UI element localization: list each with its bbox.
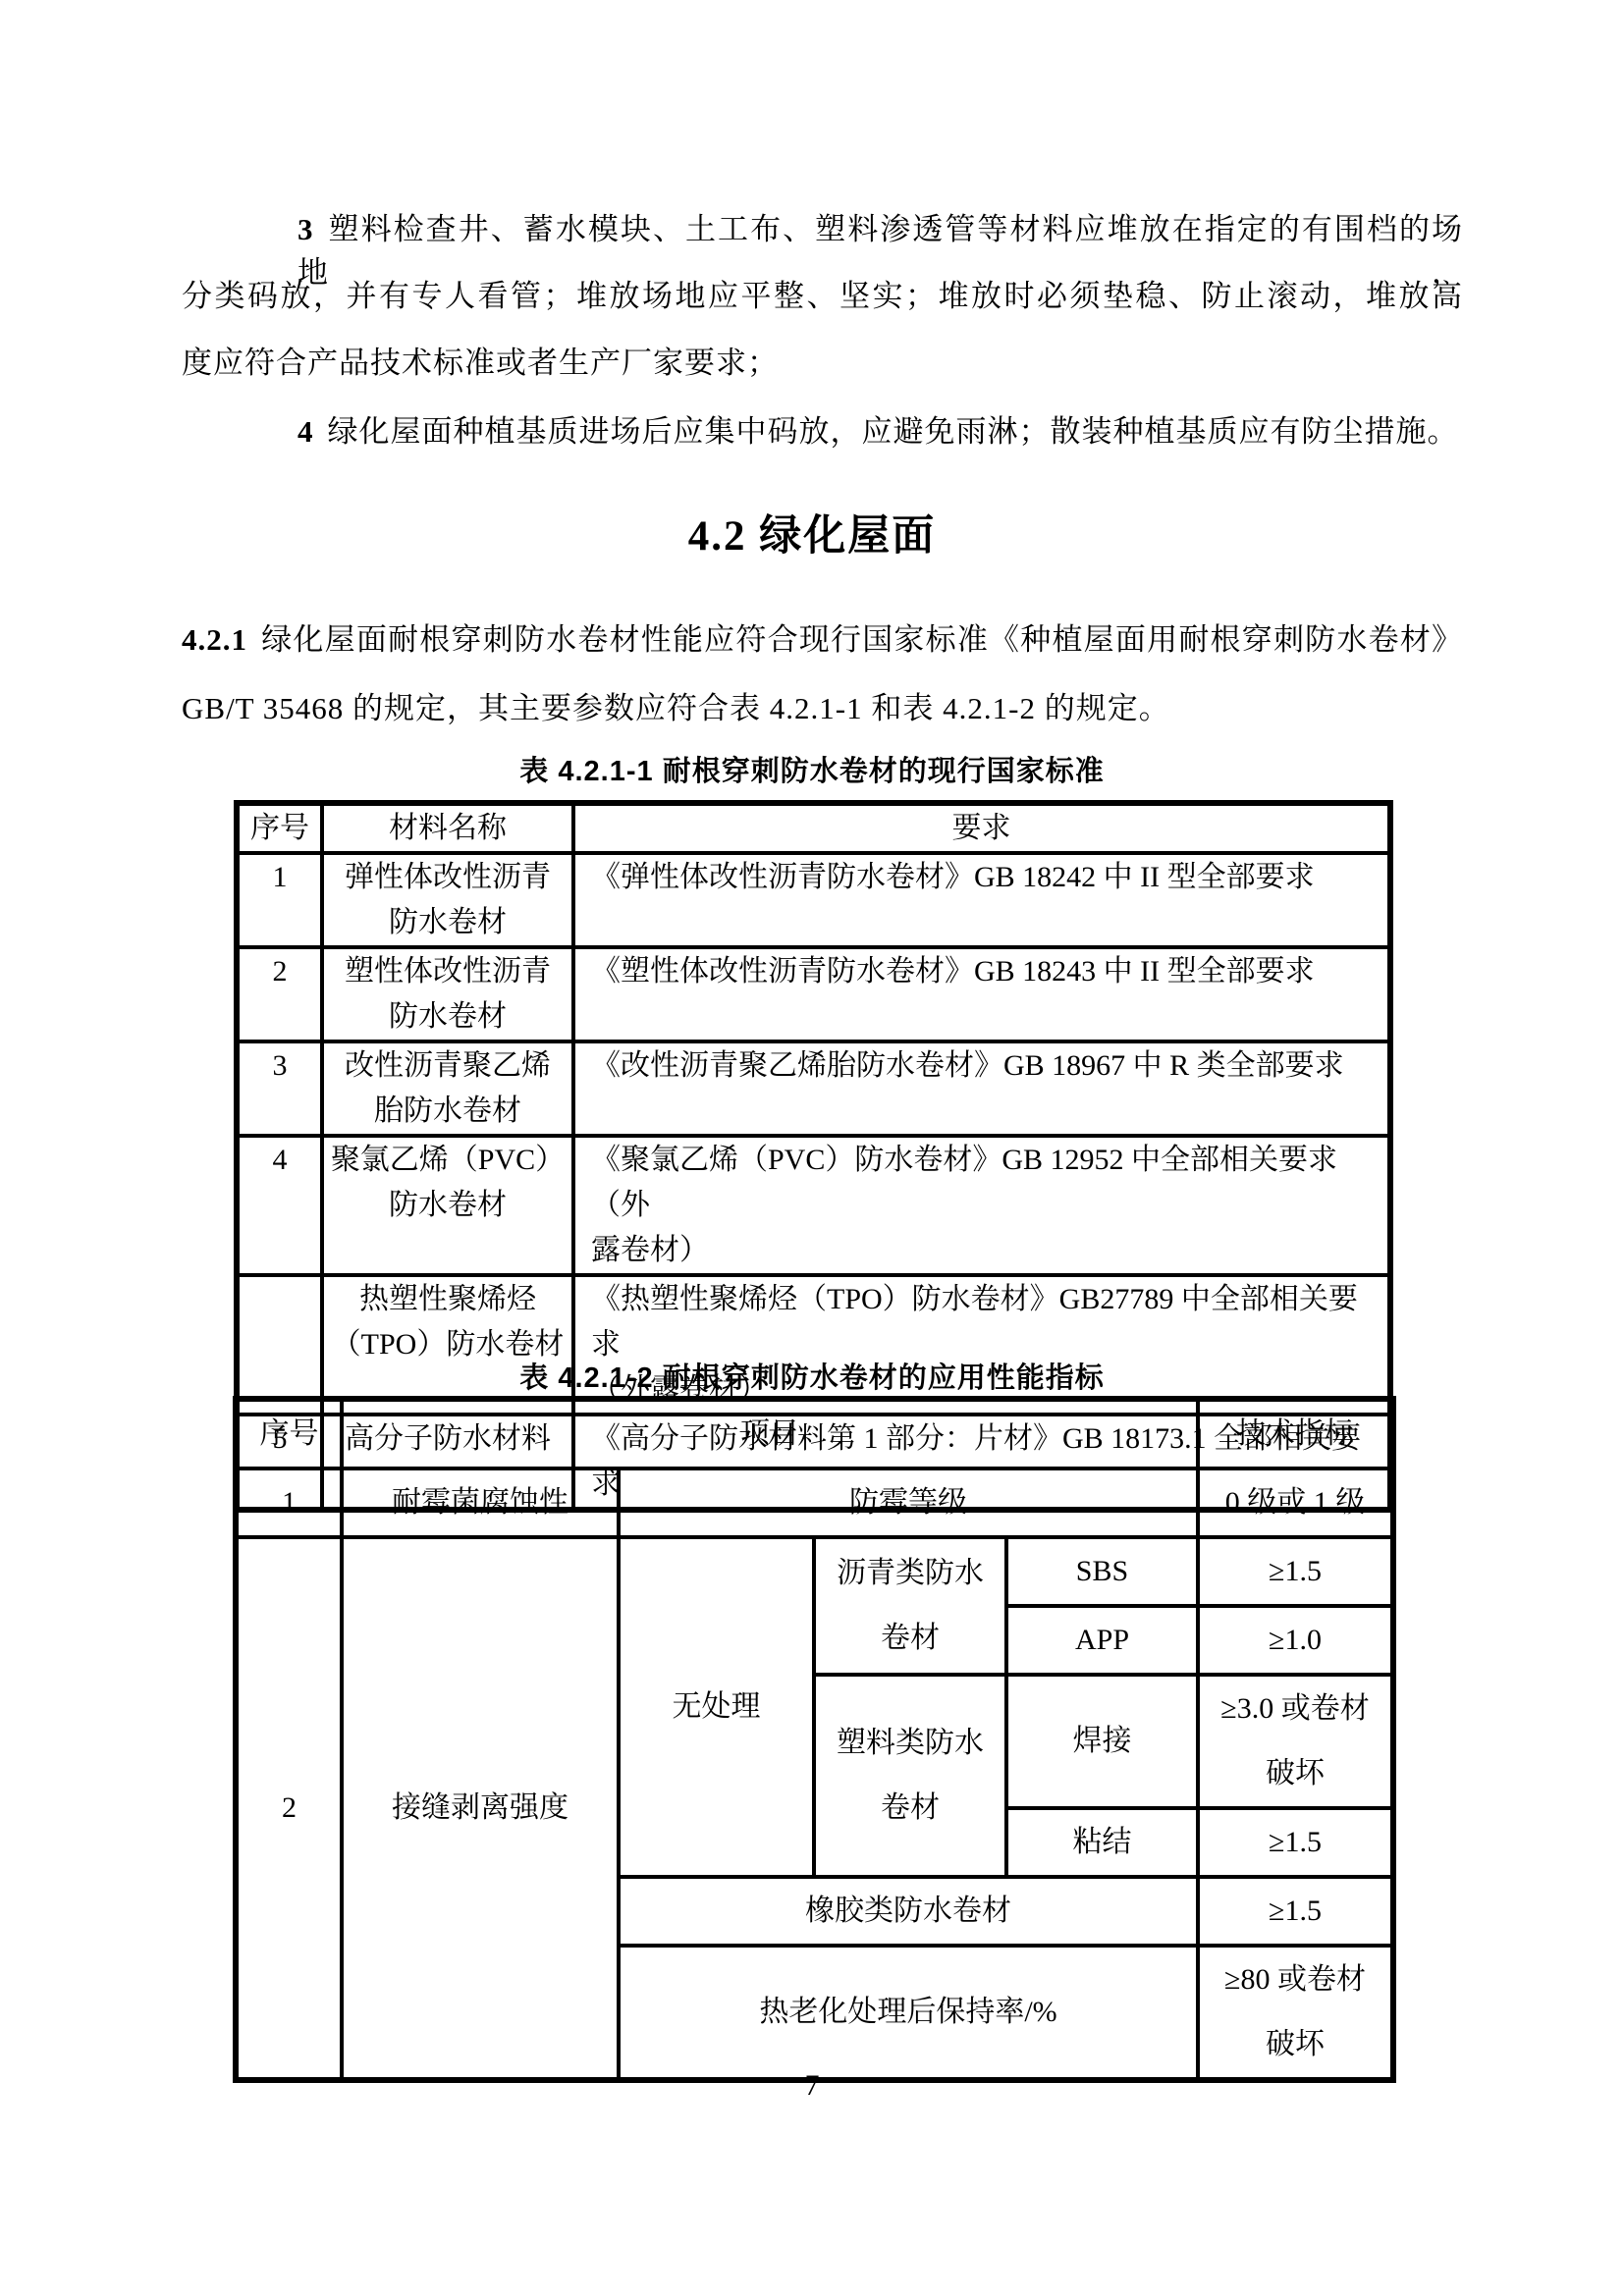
cell-no: 4 xyxy=(237,1136,322,1275)
cell-material-name: 聚氯乙烯（PVC）防水卷材 xyxy=(322,1136,573,1275)
table1-header-row: 序号 材料名称 要求 xyxy=(237,803,1390,853)
clause-3-line-3: 度应符合产品技术标准或者生产厂家要求； xyxy=(182,342,1463,385)
cell-requirement: 《弹性体改性沥青防水卷材》GB 18242 中 II 型全部要求 xyxy=(573,853,1390,947)
cell-bitumen-membrane: 沥青类防水卷材 xyxy=(814,1537,1006,1675)
clause-4-text: 绿化屋面种植基质进场后应集中码放，应避免雨淋；散装种植基质应有防尘措施。 xyxy=(328,414,1459,449)
cell-app-label: APP xyxy=(1006,1606,1198,1675)
clause-421-number: 4.2.1 xyxy=(182,622,261,657)
clause-4-line: 4绿化屋面种植基质进场后应集中码放，应避免雨淋；散装种植基质应有防尘措施。 xyxy=(298,410,1463,454)
cell-aging-label: 热老化处理后保持率/% xyxy=(619,1946,1198,2080)
cell-no: 3 xyxy=(237,1041,322,1136)
cell-rubber-membrane: 橡胶类防水卷材 xyxy=(619,1877,1198,1946)
table1-header-no: 序号 xyxy=(237,803,322,853)
page-number: 7 xyxy=(0,2069,1624,2103)
cell-aging-spec: ≥80 或卷材破坏 xyxy=(1198,1946,1393,2080)
cell-requirement: 《聚氯乙烯（PVC）防水卷材》GB 12952 中全部相关要求（外露卷材） xyxy=(573,1136,1390,1275)
cell-no: 2 xyxy=(237,947,322,1041)
cell-requirement: 《塑性体改性沥青防水卷材》GB 18243 中 II 型全部要求 xyxy=(573,947,1390,1041)
cell-sbs-spec: ≥1.5 xyxy=(1198,1537,1393,1606)
cell-untreated: 无处理 xyxy=(619,1537,814,1877)
cell-requirement: 《改性沥青聚乙烯胎防水卷材》GB 18967 中 R 类全部要求 xyxy=(573,1041,1390,1136)
table2-header-item: 项目 xyxy=(342,1399,1198,1468)
table2-header-row: 序号 项目 技术指标 xyxy=(236,1399,1393,1468)
cell-plastic-membrane: 塑料类防水卷材 xyxy=(814,1675,1006,1877)
table2-header-spec: 技术指标 xyxy=(1198,1399,1393,1468)
table1-row-3: 3 改性沥青聚乙烯胎防水卷材 《改性沥青聚乙烯胎防水卷材》GB 18967 中 … xyxy=(237,1041,1390,1136)
document-page: 3塑料检查井、蓄水模块、土工布、塑料渗透管等材料应堆放在指定的有围档的场地， 分… xyxy=(0,0,1624,2296)
cell-no: 1 xyxy=(236,1468,342,1537)
clause-4-number: 4 xyxy=(298,414,328,449)
cell-bond-label: 粘结 xyxy=(1006,1808,1198,1877)
cell-item: 耐霉菌腐蚀性 xyxy=(342,1468,619,1537)
table1-row-2: 2 塑性体改性沥青防水卷材 《塑性体改性沥青防水卷材》GB 18243 中 II… xyxy=(237,947,1390,1041)
table1-caption: 表 4.2.1-1 耐根穿刺防水卷材的现行国家标准 xyxy=(0,749,1624,789)
cell-spec: 0 级或 1 级 xyxy=(1198,1468,1393,1537)
clause-421-text: 绿化屋面耐根穿刺防水卷材性能应符合现行国家标准《种植屋面用耐根穿刺防水卷材》 xyxy=(261,622,1463,657)
cell-mildew-grade: 防霉等级 xyxy=(619,1468,1198,1537)
cell-material-name: 弹性体改性沥青防水卷材 xyxy=(322,853,573,947)
table1-row-1: 1 弹性体改性沥青防水卷材 《弹性体改性沥青防水卷材》GB 18242 中 II… xyxy=(237,853,1390,947)
table2-caption: 表 4.2.1-2 耐根穿刺防水卷材的应用性能指标 xyxy=(0,1356,1624,1396)
table1-header-req: 要求 xyxy=(573,803,1390,853)
table2-header-no: 序号 xyxy=(236,1399,342,1468)
clause-3-number: 3 xyxy=(298,212,328,246)
cell-bond-spec: ≥1.5 xyxy=(1198,1808,1393,1877)
section-heading: 4.2 绿化屋面 xyxy=(0,503,1624,562)
cell-no: 1 xyxy=(237,853,322,947)
cell-material-name: 塑性体改性沥青防水卷材 xyxy=(322,947,573,1041)
clause-3-line-2: 分类码放，并有专人看管；堆放场地应平整、坚实；堆放时必须垫稳、防止滚动，堆放高 xyxy=(182,275,1463,318)
cell-material-name: 改性沥青聚乙烯胎防水卷材 xyxy=(322,1041,573,1136)
cell-sbs-label: SBS xyxy=(1006,1537,1198,1606)
cell-weld-label: 焊接 xyxy=(1006,1675,1198,1808)
cell-app-spec: ≥1.0 xyxy=(1198,1606,1393,1675)
cell-rubber-spec: ≥1.5 xyxy=(1198,1877,1393,1946)
table1-row-4: 4 聚氯乙烯（PVC）防水卷材 《聚氯乙烯（PVC）防水卷材》GB 12952 … xyxy=(237,1136,1390,1275)
cell-weld-spec: ≥3.0 或卷材破坏 xyxy=(1198,1675,1393,1808)
cell-no: 2 xyxy=(236,1537,342,2080)
table1-header-name: 材料名称 xyxy=(322,803,573,853)
clause-421-line-2: GB/T 35468 的规定，其主要参数应符合表 4.2.1-1 和表 4.2.… xyxy=(182,687,1463,730)
cell-item-peel-strength: 接缝剥离强度 xyxy=(342,1537,619,2080)
table2-row-mildew: 1 耐霉菌腐蚀性 防霉等级 0 级或 1 级 xyxy=(236,1468,1393,1537)
table-performance-specs: 序号 项目 技术指标 1 耐霉菌腐蚀性 防霉等级 0 级或 1 级 2 接缝剥离… xyxy=(233,1396,1396,2083)
clause-421-line-1: 4.2.1绿化屋面耐根穿刺防水卷材性能应符合现行国家标准《种植屋面用耐根穿刺防水… xyxy=(182,618,1463,662)
table2-row-sbs: 2 接缝剥离强度 无处理 沥青类防水卷材 SBS ≥1.5 xyxy=(236,1537,1393,1606)
